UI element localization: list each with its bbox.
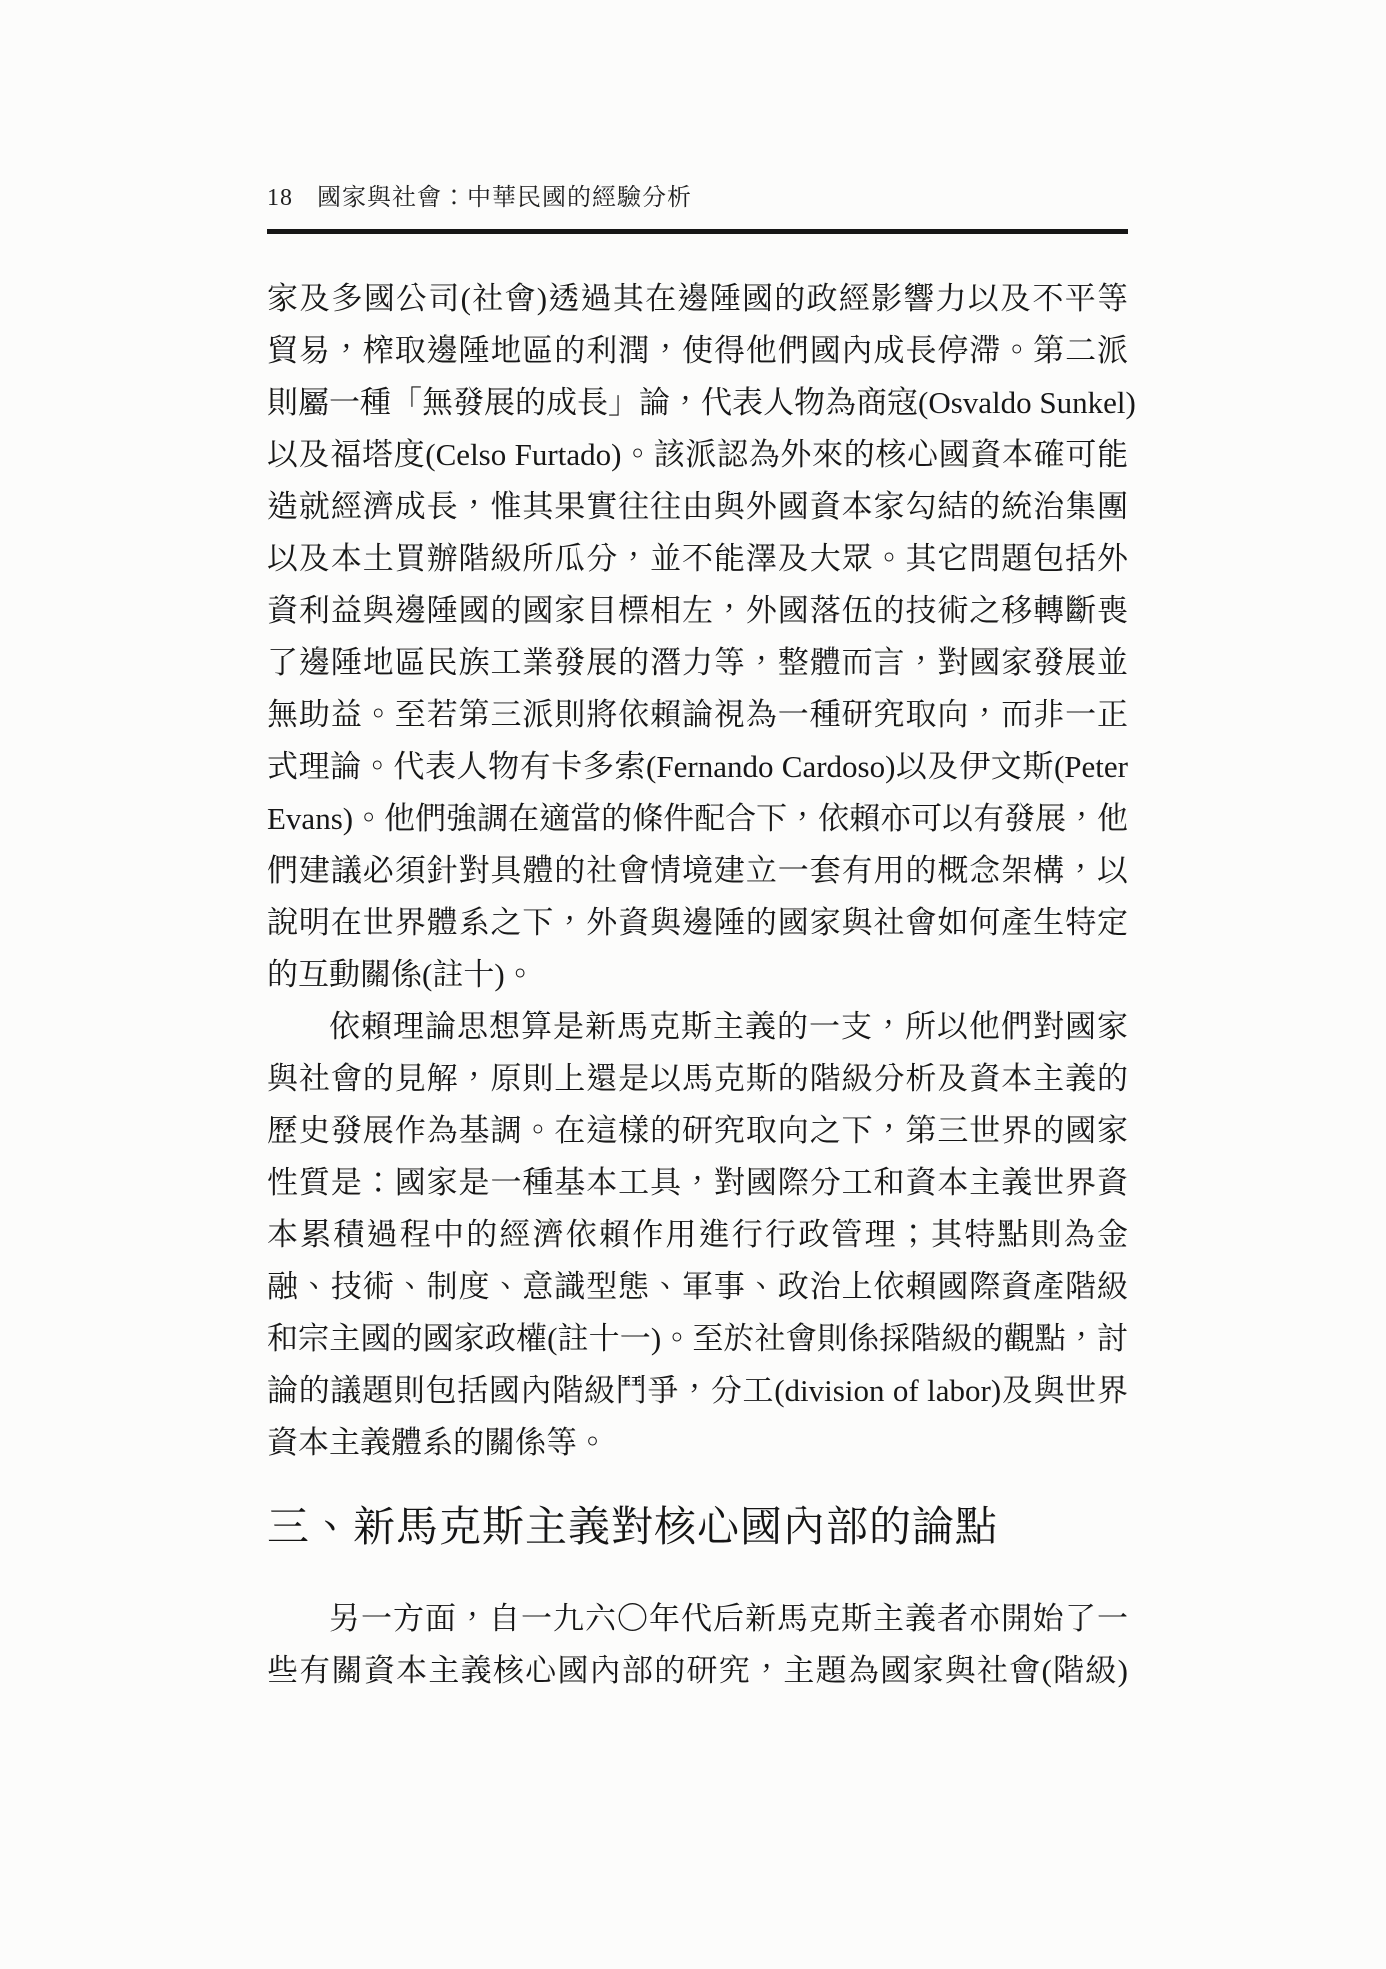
paragraph-dependency-schools: 家及多國公司(社會)透過其在邊陲國的政經影響力以及不平等 貿易，榨取邊陲地區的利… — [267, 273, 1128, 1001]
text-line: 性質是：國家是一種基本工具，對國際分工和資本主義世界資 — [267, 1157, 1128, 1209]
text-line: 以及本土買辦階級所瓜分，並不能澤及大眾。其它問題包括外 — [267, 533, 1128, 585]
text-line: 造就經濟成長，惟其果實往往由與外國資本家勾結的統治集團 — [267, 481, 1128, 533]
text-line: 貿易，榨取邊陲地區的利潤，使得他們國內成長停滯。第二派 — [267, 325, 1128, 377]
text-line: 則屬一種「無發展的成長」論，代表人物為商寇(Osvaldo Sunkel) — [267, 377, 1128, 429]
text-line: 以及福塔度(Celso Furtado)。該派認為外來的核心國資本確可能 — [267, 429, 1128, 481]
page-number: 18 — [267, 183, 293, 213]
book-page: 18國家與社會：中華民國的經驗分析 家及多國公司(社會)透過其在邊陲國的政經影響… — [0, 0, 1386, 1969]
text-line: 式理論。代表人物有卡多索(Fernando Cardoso)以及伊文斯(Pete… — [267, 741, 1128, 793]
running-header: 18國家與社會：中華民國的經驗分析 — [267, 183, 1128, 213]
paragraph-core-countries-intro: 另一方面，自一九六〇年代后新馬克斯主義者亦開始了一 些有關資本主義核心國內部的研… — [267, 1593, 1128, 1697]
text-line: 資本主義體系的關係等。 — [267, 1417, 1128, 1469]
section-heading: 三、新馬克斯主義對核心國內部的論點 — [267, 1501, 998, 1555]
text-line: 了邊陲地區民族工業發展的潛力等，整體而言，對國家發展並 — [267, 637, 1128, 689]
text-line: 無助益。至若第三派則將依賴論視為一種研究取向，而非一正 — [267, 689, 1128, 741]
text-line: 說明在世界體系之下，外資與邊陲的國家與社會如何產生特定 — [267, 897, 1128, 949]
text-line: 與社會的見解，原則上還是以馬克斯的階級分析及資本主義的 — [267, 1053, 1128, 1105]
text-line: 本累積過程中的經濟依賴作用進行行政管理；其特點則為金 — [267, 1209, 1128, 1261]
text-line: 資利益與邊陲國的國家目標相左，外國落伍的技術之移轉斷喪 — [267, 585, 1128, 637]
text-line: Evans)。他們強調在適當的條件配合下，依賴亦可以有發展，他 — [267, 793, 1128, 845]
text-line: 家及多國公司(社會)透過其在邊陲國的政經影響力以及不平等 — [267, 273, 1128, 325]
text-line: 依賴理論思想算是新馬克斯主義的一支，所以他們對國家 — [267, 1001, 1128, 1053]
text-line: 和宗主國的國家政權(註十一)。至於社會則係採階級的觀點，討 — [267, 1313, 1128, 1365]
text-line: 融、技術、制度、意識型態、軍事、政治上依賴國際資產階級 — [267, 1261, 1128, 1313]
paragraph-neomarxist-state-view: 依賴理論思想算是新馬克斯主義的一支，所以他們對國家 與社會的見解，原則上還是以馬… — [267, 1001, 1128, 1469]
text-line: 論的議題則包括國內階級鬥爭，分工(division of labor)及與世界 — [267, 1365, 1128, 1417]
text-line: 另一方面，自一九六〇年代后新馬克斯主義者亦開始了一 — [267, 1593, 1128, 1645]
book-title: 國家與社會：中華民國的經驗分析 — [317, 183, 692, 213]
text-line: 歷史發展作為基調。在這樣的研究取向之下，第三世界的國家 — [267, 1105, 1128, 1157]
header-rule — [267, 229, 1128, 234]
text-line: 些有關資本主義核心國內部的研究，主題為國家與社會(階級) — [267, 1645, 1128, 1697]
text-line: 們建議必須針對具體的社會情境建立一套有用的概念架構，以 — [267, 845, 1128, 897]
text-line: 的互動關係(註十)。 — [267, 949, 1128, 1001]
